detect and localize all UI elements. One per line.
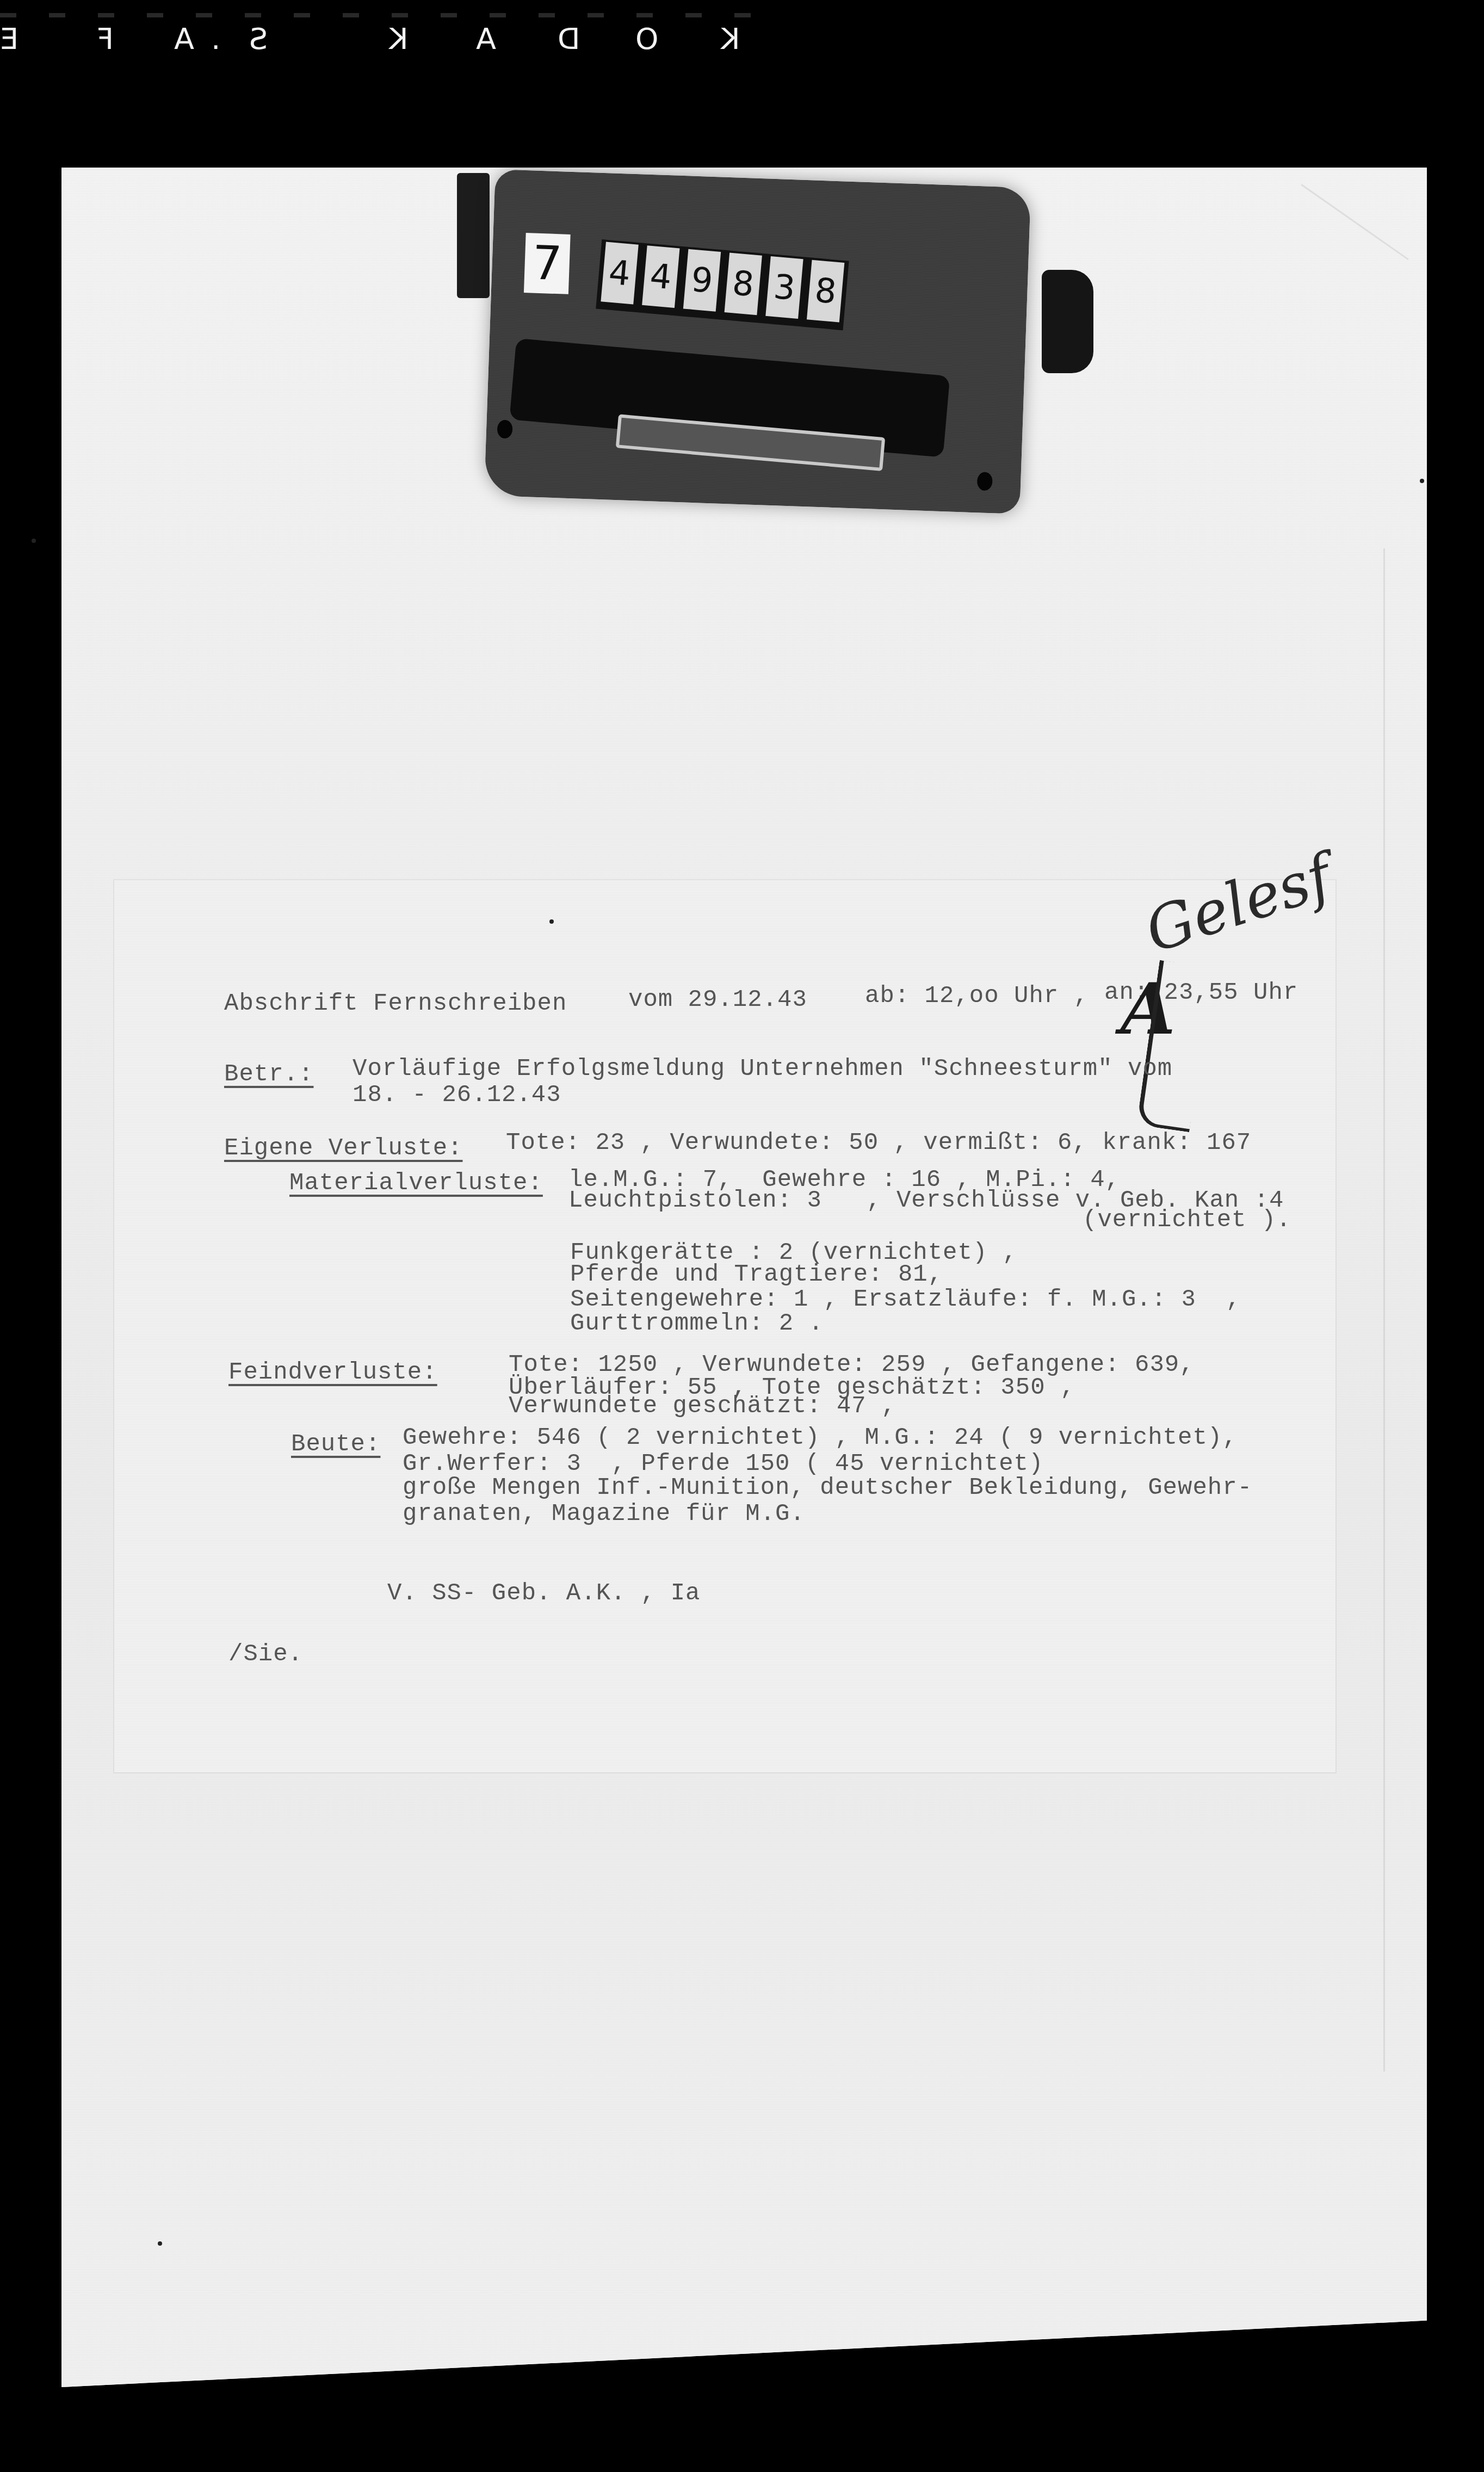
paper-crease xyxy=(1301,184,1408,260)
reference-initials: /Sie. xyxy=(228,1642,303,1667)
material-losses-line: (vernichtet ). xyxy=(1083,1208,1291,1233)
film-edge-letter: D xyxy=(558,23,580,55)
paper-fold-line xyxy=(1383,548,1385,2072)
sender-line: V. SS- Geb. A.K. , Ia xyxy=(387,1581,701,1606)
material-losses-line: Seitengewehre: 1 , Ersatzläufe: f. M.G.:… xyxy=(570,1287,1241,1312)
document-title: Abschrift Fernschreiben xyxy=(224,991,567,1016)
counter-digit: 3 xyxy=(765,256,803,319)
own-losses-line: Tote: 23 , Verwundete: 50 , vermißt: 6, … xyxy=(506,1130,1251,1155)
subject-line-1: Vorläufige Erfolgsmeldung Unternehmen "S… xyxy=(353,1056,1172,1081)
booty-label: Beute: xyxy=(291,1432,380,1457)
subject-line-2: 18. - 26.12.43 xyxy=(353,1083,561,1108)
film-edge-letter: A xyxy=(476,23,496,55)
booty-line: Gewehre: 546 ( 2 vernichtet) , M.G.: 24 … xyxy=(403,1425,1238,1450)
dust-speck xyxy=(549,919,554,924)
counter-body: 7 4 4 9 8 3 8 xyxy=(484,169,1031,514)
film-edge-strip: E F A . S K A D O K xyxy=(0,0,1484,60)
film-edge-letter: K xyxy=(721,23,740,55)
film-edge-letter: F xyxy=(97,23,114,55)
film-edge-letter: O xyxy=(635,23,659,55)
document-date: vom 29.12.43 xyxy=(628,987,807,1012)
enemy-losses-line: Verwundete geschätzt: 47 , xyxy=(509,1394,896,1419)
counter-digit: 8 xyxy=(725,252,762,315)
dust-speck xyxy=(32,539,36,543)
film-edge-marks xyxy=(0,13,762,17)
subject-label: Betr.: xyxy=(224,1062,313,1087)
screw-icon xyxy=(977,472,993,491)
counter-knob xyxy=(1042,270,1093,373)
time-from: ab: 12,oo Uhr , xyxy=(865,984,1089,1009)
booty-line: Gr.Werfer: 3 , Pferde 150 ( 45 vernichte… xyxy=(403,1451,1043,1476)
booty-line: granaten, Magazine für M.G. xyxy=(403,1501,805,1527)
counter-digit: 8 xyxy=(807,260,844,323)
film-edge-letter: K xyxy=(389,23,408,55)
booty-line: große Mengen Inf.-Munition, deutscher Be… xyxy=(403,1475,1252,1500)
enemy-losses-label: Feindverluste: xyxy=(228,1360,437,1385)
counter-digit: 4 xyxy=(642,245,679,308)
frame-counter: 7 4 4 9 8 3 8 xyxy=(490,173,1093,499)
counter-digit: 9 xyxy=(683,249,721,312)
counter-digit-wheel: 4 4 9 8 3 8 xyxy=(596,239,849,330)
screw-icon xyxy=(497,419,513,438)
counter-digit: 4 xyxy=(601,242,638,305)
film-edge-letter: E xyxy=(0,23,18,55)
material-losses-line: Pferde und Tragtiere: 81, xyxy=(570,1262,943,1287)
dust-speck xyxy=(1420,479,1424,483)
own-losses-label: Eigene Verluste: xyxy=(224,1136,462,1161)
film-edge-letter: A xyxy=(174,23,194,55)
film-edge-letter: S xyxy=(249,23,268,55)
dust-speck xyxy=(158,2241,162,2246)
counter-prefix-digit: 7 xyxy=(524,233,571,294)
film-edge-letter: . xyxy=(211,23,220,55)
material-losses-label: Materialverluste: xyxy=(289,1171,543,1196)
counter-clip xyxy=(457,173,490,298)
material-losses-line: Gurttrommeln: 2 . xyxy=(570,1311,824,1336)
